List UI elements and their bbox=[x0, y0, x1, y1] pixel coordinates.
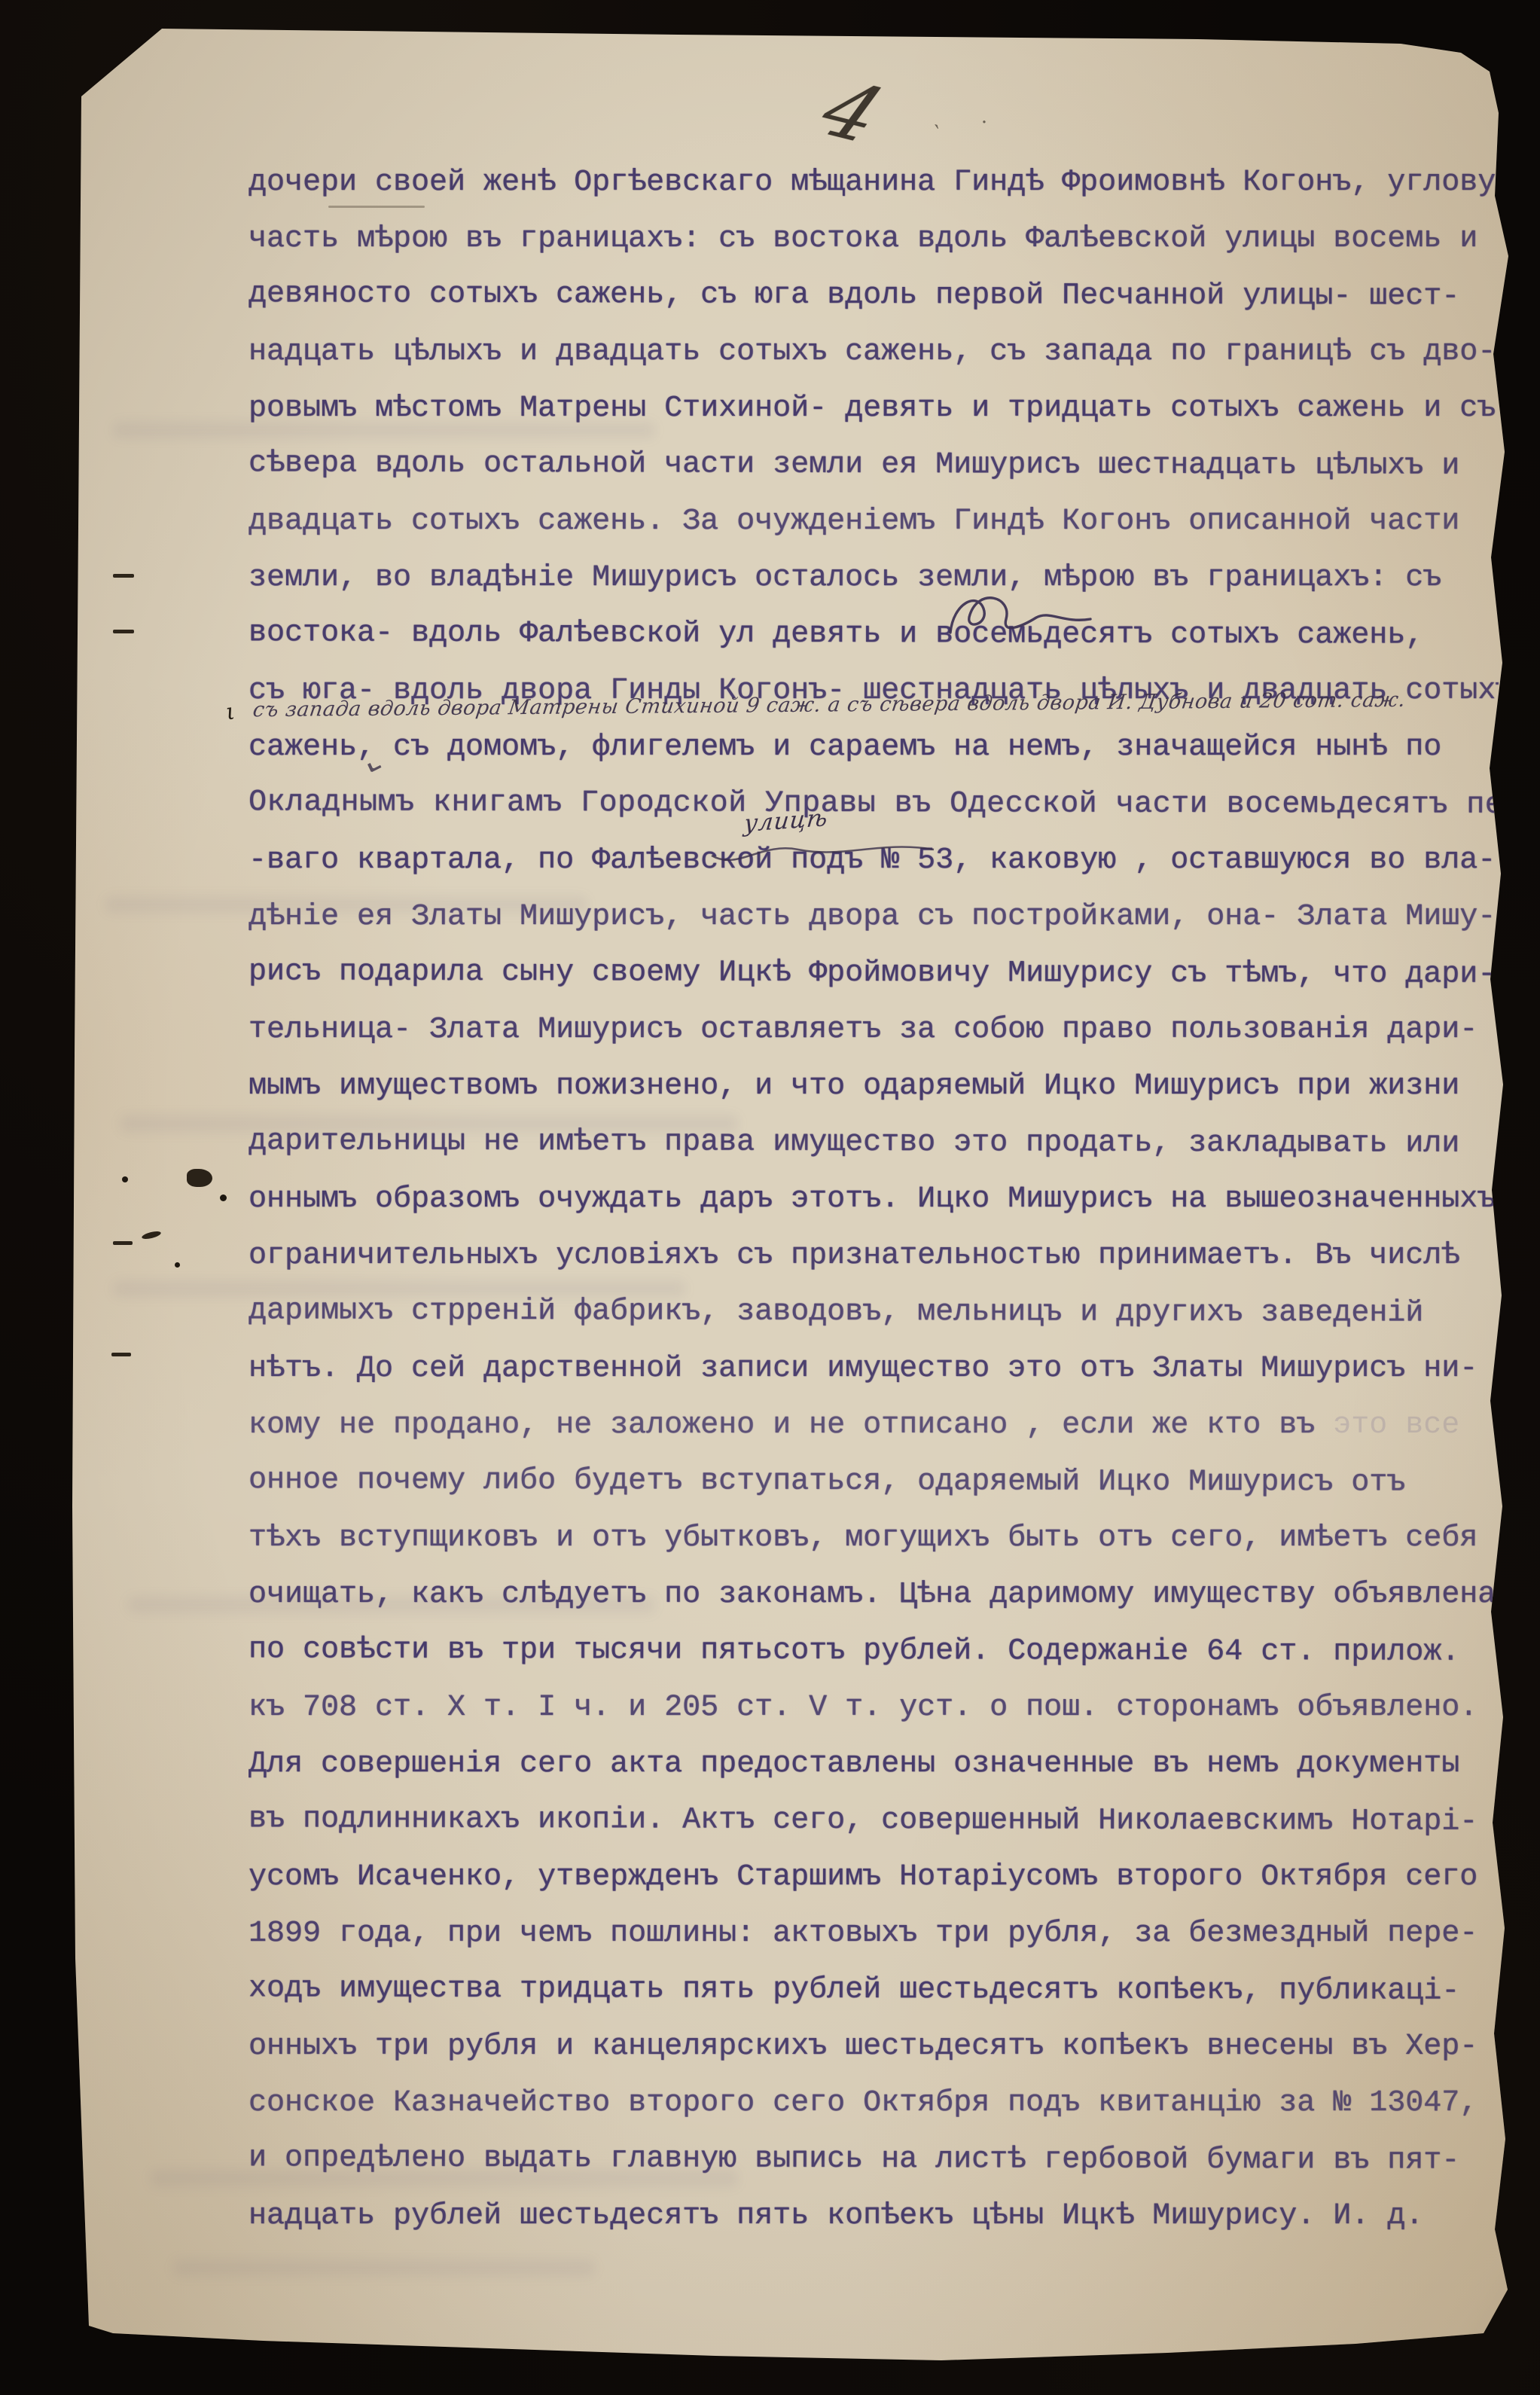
pencil-tick-marks: ˎ ˙ bbox=[934, 103, 1005, 145]
typed-line: часть мѣрою въ границахъ: съ востока вдо… bbox=[249, 211, 1499, 267]
handwritten-page-number: 4 bbox=[807, 64, 897, 160]
typed-line: дочери своей женѣ Оргѣевскаго мѣщанина Г… bbox=[249, 154, 1499, 211]
insertion-swash-flourish bbox=[708, 827, 949, 872]
margin-dash-mark bbox=[113, 1241, 133, 1245]
typed-line: усомъ Исаченко, утвержденъ Старшимъ Нота… bbox=[249, 1849, 1499, 1905]
typed-line: тѣхъ вступщиковъ и отъ убытковъ, могущих… bbox=[249, 1510, 1499, 1567]
typed-line: въ подлинникахъ икопіи. Актъ сего, совер… bbox=[249, 1791, 1499, 1850]
typed-line: даримыхъ стрреній фабрикъ, заводовъ, мел… bbox=[249, 1283, 1499, 1341]
typed-line: ходъ имущества тридцать пять рублей шест… bbox=[249, 1960, 1499, 2019]
typed-line: къ 708 ст. X т. I ч. и 205 ст. V т. уст.… bbox=[249, 1680, 1499, 1736]
typed-text-block: дочери своей женѣ Оргѣевскаго мѣщанина Г… bbox=[249, 154, 1499, 2256]
typed-line: надцать рублей шестьдесятъ пять копѣекъ … bbox=[249, 2188, 1499, 2244]
margin-dash-mark bbox=[111, 1353, 131, 1356]
typed-line: дарительницы не имѣетъ права имущество э… bbox=[249, 1113, 1499, 1172]
typed-line: двадцать сотыхъ сажень. За очужденіемъ Г… bbox=[249, 493, 1499, 550]
ink-smudge bbox=[141, 1230, 161, 1240]
ink-speck bbox=[220, 1194, 227, 1201]
typed-line: надцать цѣлыхъ и двадцать сотыхъ сажень,… bbox=[249, 324, 1499, 380]
typed-line: сажень, съ домомъ, флигелемъ и сараемъ н… bbox=[249, 719, 1499, 776]
typed-line: тельница- Злата Мишурисъ оставляетъ за с… bbox=[249, 1002, 1499, 1058]
typed-line: Окладнымъ книгамъ Городской Управы въ Од… bbox=[249, 774, 1499, 833]
typed-line: кому не продано, не заложено и не отписа… bbox=[249, 1397, 1499, 1454]
typed-line: нѣтъ. До сей дарственной записи имуществ… bbox=[249, 1341, 1499, 1397]
bleedthrough-ghost bbox=[173, 2259, 595, 2276]
typed-line: рисъ подарила сыну своему Ицкѣ Фроймович… bbox=[249, 944, 1499, 1002]
typed-line: востока- вдоль Фалѣевской ул девять и во… bbox=[249, 605, 1499, 664]
ink-blot bbox=[187, 1169, 212, 1187]
typed-line: земли, во владѣніе Мишурисъ осталось зем… bbox=[249, 550, 1499, 606]
handwritten-scribble-correction bbox=[943, 586, 1101, 654]
document-scan-photo: 4 ˎ ˙ дочери своей женѣ Оргѣевскаго мѣща… bbox=[0, 0, 1540, 2395]
typed-line: сѣвера вдоль остальной части земли ея Ми… bbox=[249, 435, 1499, 494]
typed-line: 1899 года, при чемъ пошлины: актовыхъ тр… bbox=[249, 1905, 1499, 1962]
typed-line: ограничительныхъ условіяхъ съ признатель… bbox=[249, 1228, 1499, 1284]
typed-line: сонское Казначейство второго сего Октябр… bbox=[249, 2075, 1499, 2131]
typed-line: оннымъ образомъ очуждать даръ этотъ. Ицк… bbox=[249, 1171, 1499, 1228]
typed-line: и опредѣлено выдать главную выпись на ли… bbox=[249, 2130, 1499, 2189]
typed-line: ровымъ мѣстомъ Матрены Стихиной- девять … bbox=[249, 380, 1499, 437]
typed-line: девяносто сотыхъ сажень, съ юга вдоль пе… bbox=[249, 266, 1499, 325]
typed-line: по совѣсти въ три тысячи пятьсотъ рублей… bbox=[249, 1622, 1499, 1680]
document-page: 4 ˎ ˙ дочери своей женѣ Оргѣевскаго мѣща… bbox=[0, 0, 1540, 2395]
margin-dash-mark bbox=[113, 574, 134, 578]
typed-line: Для совершенія сего акта предоставлены о… bbox=[249, 1736, 1499, 1792]
typed-line: мымъ имуществомъ пожизнено, и что одаряе… bbox=[249, 1058, 1499, 1115]
typed-line: дѣніе ея Златы Мишурисъ, часть двора съ … bbox=[249, 889, 1499, 945]
typed-line: онныхъ три рубля и канцелярскихъ шестьде… bbox=[249, 2018, 1499, 2075]
ink-speck bbox=[122, 1176, 128, 1182]
margin-ink-mark: ι bbox=[224, 698, 237, 725]
margin-dash-mark bbox=[113, 630, 134, 633]
typed-line: онное почему либо будетъ вступаться, ода… bbox=[249, 1452, 1499, 1511]
stray-underline-mark bbox=[328, 206, 425, 208]
typed-line: очищать, какъ слѣдуетъ по законамъ. Цѣна… bbox=[249, 1567, 1499, 1623]
ink-speck bbox=[175, 1262, 180, 1268]
